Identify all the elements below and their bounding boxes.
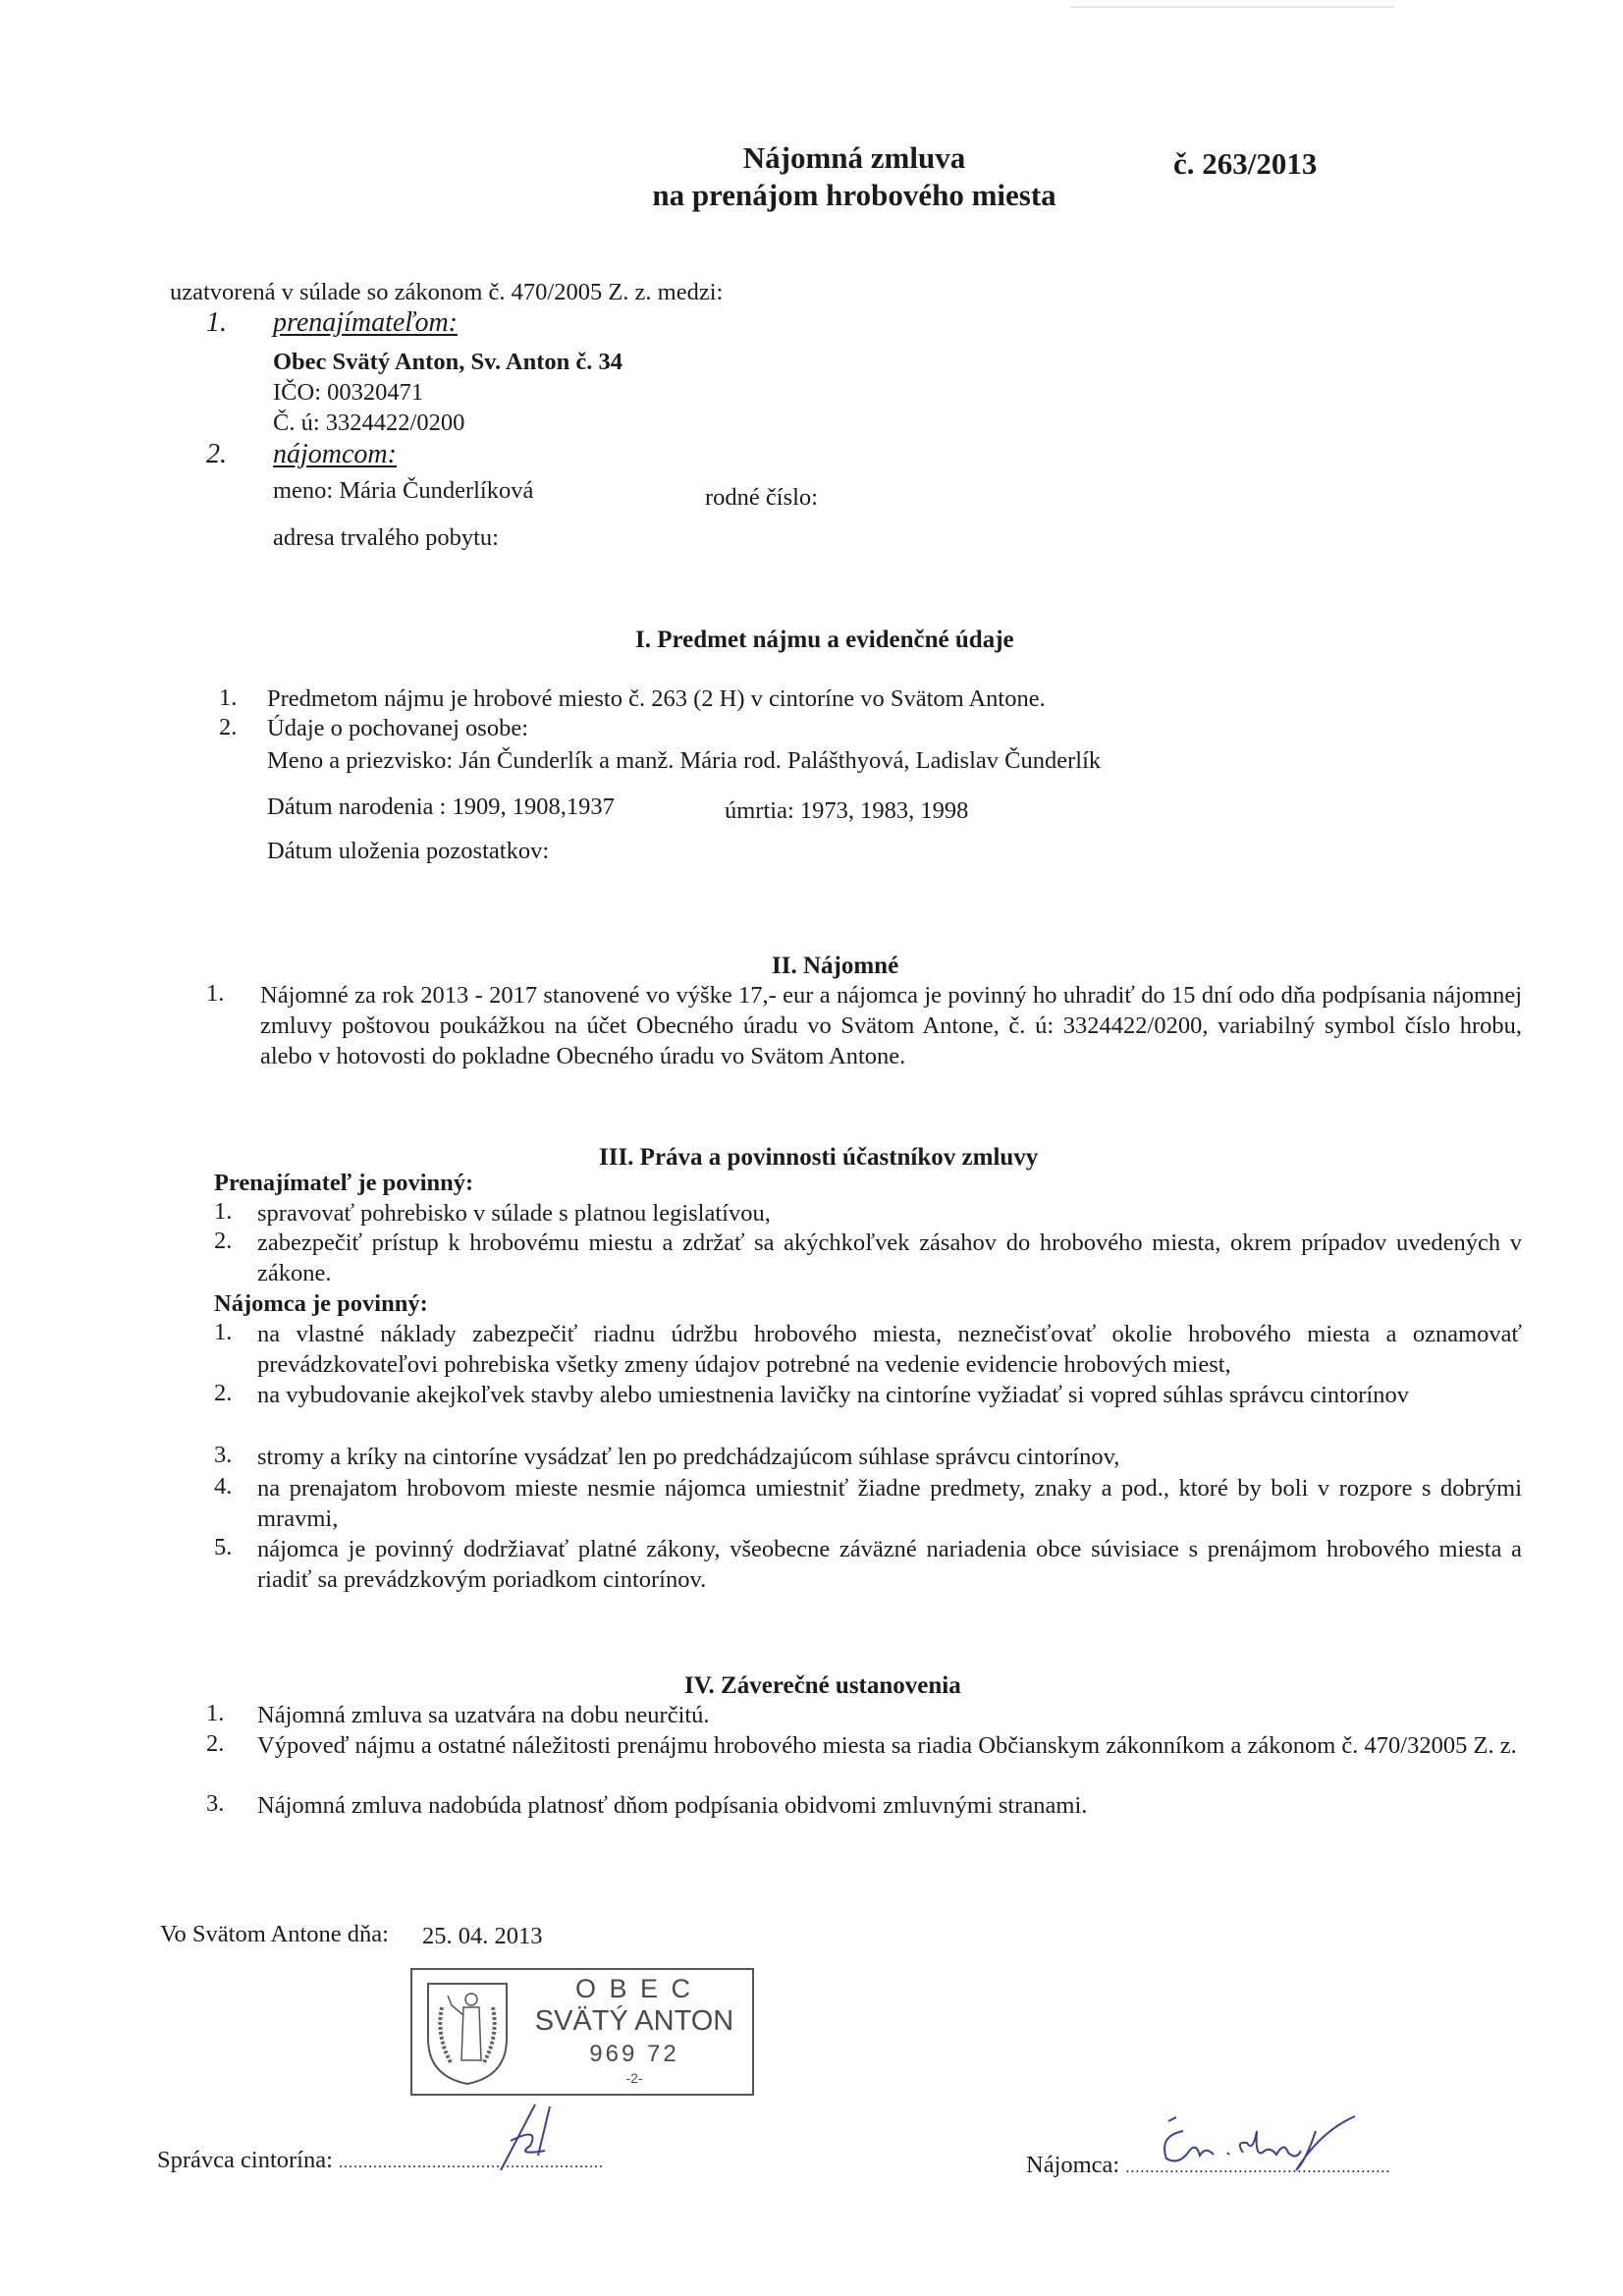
scan-artifact xyxy=(1070,6,1394,8)
buried-names: Meno a priezvisko: Ján Čunderlík a manž.… xyxy=(267,746,1101,776)
lessor-duties-heading: Prenajímateľ je povinný: xyxy=(214,1169,473,1198)
lessee-duty-item-num: 2. xyxy=(214,1380,232,1407)
final-provision-item: Nájomná zmluva sa uzatvára na dobu neurč… xyxy=(257,1700,1522,1730)
lessee-label: nájomcom: xyxy=(273,440,397,469)
lessor-duty-item-num: 2. xyxy=(214,1228,232,1255)
lessee-duty-item-num: 4. xyxy=(214,1473,232,1501)
burial-date-label: Dátum uloženia pozostatkov: xyxy=(267,837,549,866)
manager-label: Správca cintorína: xyxy=(157,2147,333,2173)
lessee-duty-item-num: 1. xyxy=(214,1319,232,1346)
lessor-ico: IČO: 00320471 xyxy=(273,378,423,408)
section-1-item-2: Údaje o pochovanej osobe: xyxy=(267,714,528,743)
section-2-heading: II. Nájomné xyxy=(772,953,898,980)
lessee-duty-item: nájomca je povinný dodržiavať platné zák… xyxy=(257,1534,1522,1595)
signing-date: 25. 04. 2013 xyxy=(422,1922,543,1951)
lessor-name: Obec Svätý Anton, Sv. Anton č. 34 xyxy=(273,348,622,377)
manager-signature-icon xyxy=(491,2097,579,2175)
lessee-duties-heading: Nájomca je povinný: xyxy=(214,1289,428,1319)
title-line-1: Nájomná zmluva xyxy=(599,139,1109,177)
section-3-heading: III. Práva a povinnosti účastníkov zmluv… xyxy=(599,1144,1038,1172)
lessee-duty-item-num: 5. xyxy=(214,1534,232,1561)
place-date-label: Vo Svätom Antone dňa: xyxy=(160,1920,389,1949)
lessee-label: Nájomca: xyxy=(1026,2152,1119,2178)
document-title: Nájomná zmluva na prenájom hrobového mie… xyxy=(599,139,1109,214)
final-provision-item: Výpoveď nájmu a ostatné náležitosti pren… xyxy=(257,1730,1522,1761)
lessor-account: Č. ú: 3324422/0200 xyxy=(273,409,464,438)
birth-dates: Dátum narodenia : 1909, 1908,1937 xyxy=(267,793,615,822)
lessee-signature-icon xyxy=(1149,2111,1424,2180)
section-1-item-1-num: 1. xyxy=(219,684,237,712)
lessee-duty-item: stromy a kríky na cintoríne vysádzať len… xyxy=(257,1442,1522,1472)
municipal-stamp: O B E C SVÄTÝ ANTON 969 72 -2- xyxy=(410,1968,754,2096)
death-dates: úmrtia: 1973, 1983, 1998 xyxy=(725,796,968,826)
lessor-duty-item: zabezpečiť prístup k hrobovému miestu a … xyxy=(257,1228,1522,1288)
stamp-line-3: 969 72 xyxy=(520,2041,748,2068)
lessor-duty-item-num: 1. xyxy=(214,1198,232,1226)
intro-text: uzatvorená v súlade so zákonom č. 470/20… xyxy=(170,278,723,307)
section-2-item-1: Nájomné za rok 2013 - 2017 stanovené vo … xyxy=(260,980,1522,1071)
lessor-duty-item: spravovať pohrebisko v súlade s platnou … xyxy=(257,1198,1522,1229)
stamp-line-1: O B E C xyxy=(520,1974,748,2004)
final-provision-item-num: 1. xyxy=(206,1700,224,1727)
section-2-item-1-num: 1. xyxy=(206,980,224,1008)
section-1-item-2-num: 2. xyxy=(219,714,237,741)
title-line-2: na prenájom hrobového miesta xyxy=(599,177,1109,214)
coat-of-arms-icon xyxy=(422,1978,513,2088)
lessee-name: meno: Mária Čunderlíková xyxy=(273,476,533,506)
stamp-line-2: SVÄTÝ ANTON xyxy=(520,2005,748,2038)
address-label: adresa trvalého pobytu: xyxy=(273,523,499,553)
section-4-heading: IV. Záverečné ustanovenia xyxy=(684,1672,961,1700)
lessee-duty-item-num: 3. xyxy=(214,1442,232,1469)
final-provision-item-num: 3. xyxy=(206,1790,224,1818)
lessee-duty-item: na prenajatom hrobovom mieste nesmie náj… xyxy=(257,1473,1522,1534)
final-provision-item-num: 2. xyxy=(206,1730,224,1758)
lessee-duty-item: na vybudovanie akejkoľvek stavby alebo u… xyxy=(257,1380,1522,1410)
section-1-heading: I. Predmet nájmu a evidenčné údaje xyxy=(635,627,1014,654)
stamp-line-4: -2- xyxy=(520,2070,748,2086)
lessee-duty-item: na vlastné náklady zabezpečiť riadnu údr… xyxy=(257,1319,1522,1380)
final-provision-item: Nájomná zmluva nadobúda platnosť dňom po… xyxy=(257,1790,1522,1821)
lessor-label: prenajímateľom: xyxy=(273,308,458,338)
contract-number: č. 263/2013 xyxy=(1173,145,1317,183)
lessee-number: 2. xyxy=(206,440,227,469)
lessor-number: 1. xyxy=(206,308,227,338)
section-1-item-1: Predmetom nájmu je hrobové miesto č. 263… xyxy=(267,684,1046,714)
birth-number-label: rodné číslo: xyxy=(705,483,818,513)
